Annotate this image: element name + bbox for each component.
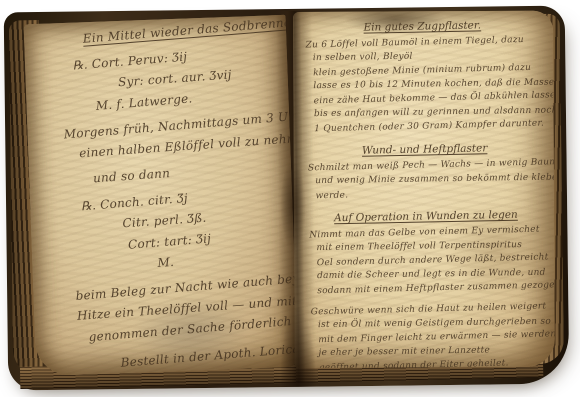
recipe-block: ℞. Conch. citr. ƷjCitr. perl. Ʒß.Cort: t… [68, 180, 298, 280]
recipe-section: Wund- und Heftpflaster Schmilzt man weiß… [308, 139, 543, 204]
left-page: Ein Mittel wieder das Sodbrennen. ℞. Cor… [24, 15, 299, 376]
open-book: Ein Mittel wieder das Sodbrennen. ℞. Cor… [4, 6, 570, 391]
section-body: Zu 6 Löffel voll Baumöl in einem Tiegel,… [305, 35, 541, 137]
right-page: Ein gutes Zugpflaster. Zu 6 Löffel voll … [293, 11, 555, 368]
section-body: Schmilzt man weiß Pech — Wachs — in weni… [308, 157, 543, 203]
photo-canvas: Ein Mittel wieder das Sodbrennen. ℞. Cor… [0, 0, 580, 397]
section-heading: Wund- und Heftpflaster [331, 140, 517, 160]
section-heading: Auf Operation in Wunden zu legen [333, 207, 519, 227]
section-heading: Ein gutes Zugpflaster. [329, 17, 515, 37]
section-body: Geschwüre wenn sich die Haut zu heilen w… [311, 301, 546, 368]
section-body: Nimmt man das Gelbe von einem Ey vermisc… [309, 224, 544, 298]
recipe-section: Geschwüre wenn sich die Haut zu heilen w… [311, 301, 546, 368]
recipe-section: Ein gutes Zugpflaster. Zu 6 Löffel voll … [305, 16, 541, 136]
recipe-section: Auf Operation in Wunden zu legen Nimmt m… [309, 206, 545, 298]
recipe-block: ℞. Cort. Peruv: ƷijSyr: cort. aur. ƷvijM… [58, 39, 288, 118]
left-page-text: Ein Mittel wieder das Sodbrennen. ℞. Cor… [24, 15, 299, 376]
paragraph-block: beim Beleg zur Nacht wie auch bey des Fi… [75, 269, 298, 348]
right-page-text: Ein gutes Zugpflaster. Zu 6 Löffel voll … [293, 11, 555, 368]
